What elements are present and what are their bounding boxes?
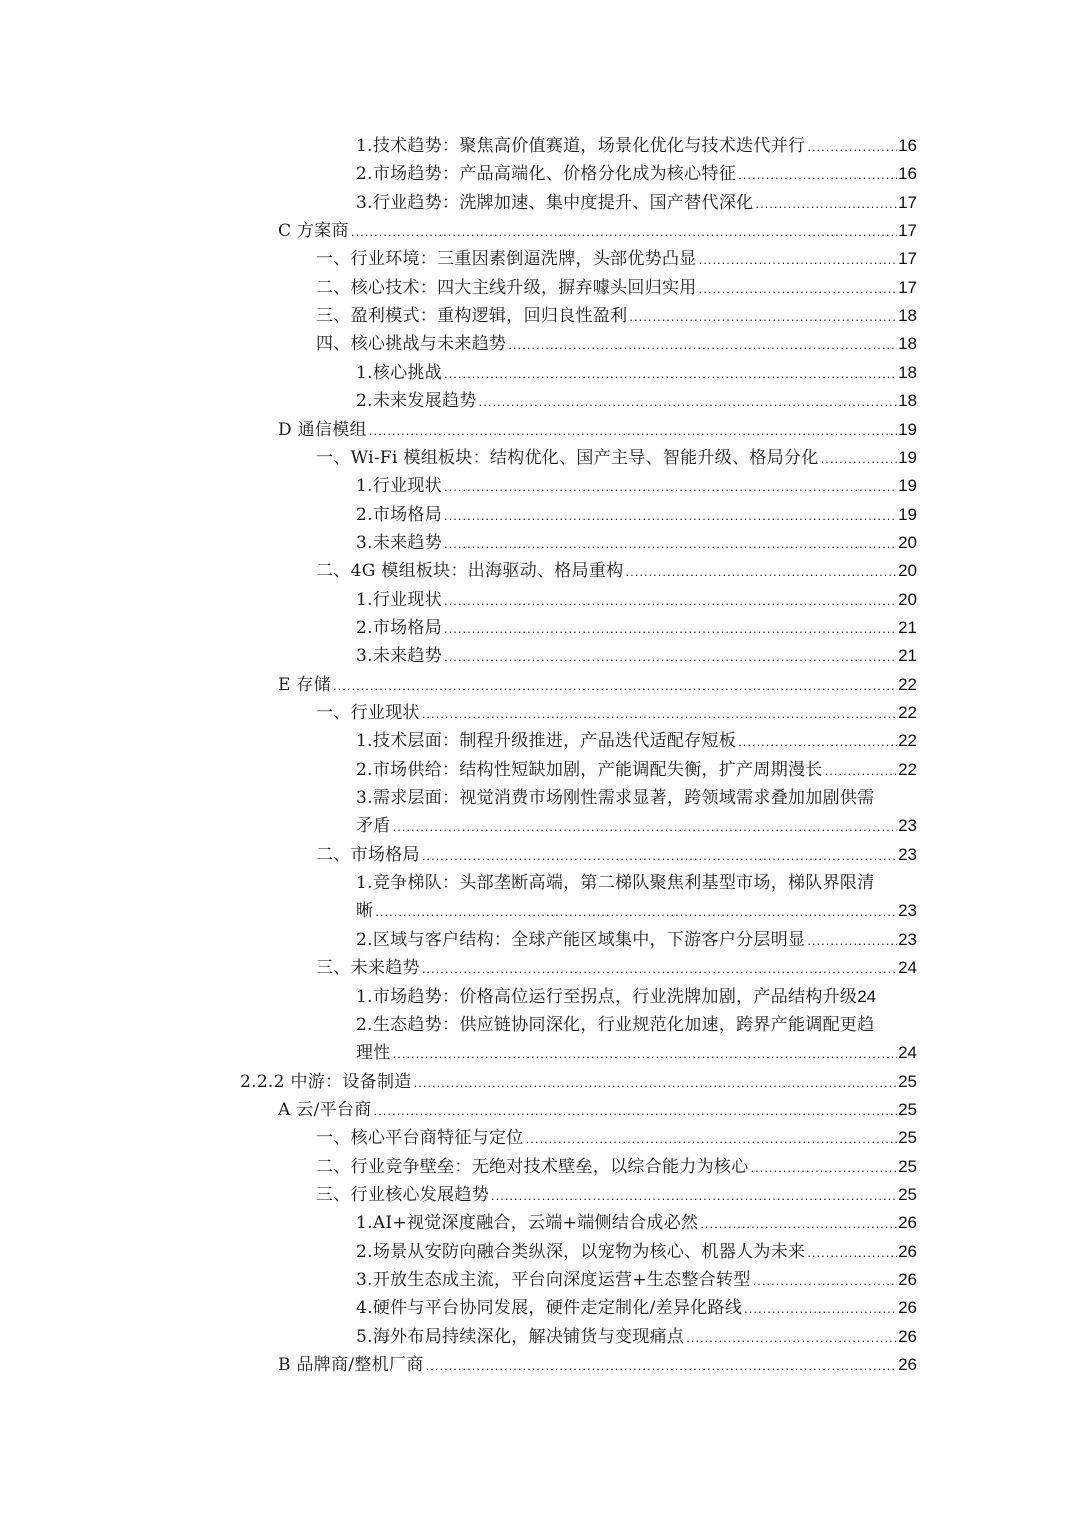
toc-page-number: 19 xyxy=(898,476,917,496)
dot-leader xyxy=(414,1075,898,1090)
dot-leader xyxy=(807,1245,897,1260)
toc-page-number: 18 xyxy=(898,306,917,326)
toc-entry-title: 一、行业环境：三重因素倒逼洗牌，头部优势凸显 xyxy=(316,244,697,269)
dot-leader xyxy=(699,281,897,296)
toc-entry-title: 1.核心挑战 xyxy=(356,358,442,383)
dot-leader xyxy=(479,394,897,409)
toc-entry[interactable]: 1.行业现状20 xyxy=(356,585,917,613)
toc-entry[interactable]: E 存储22 xyxy=(278,670,917,698)
toc-entry[interactable]: 2.未来发展趋势18 xyxy=(356,386,917,414)
toc-page-number: 26 xyxy=(898,1242,917,1262)
toc-page-number: 17 xyxy=(898,221,917,241)
toc-page-number: 18 xyxy=(898,363,917,383)
toc-page-number: 24 xyxy=(898,1043,917,1063)
toc-page-number: 20 xyxy=(898,561,917,581)
toc-entry[interactable]: 二、市场格局23 xyxy=(316,840,917,868)
toc-entry[interactable]: 晰23 xyxy=(356,896,917,924)
toc-entry-title: 二、行业竞争壁垒：无绝对技术壁垒，以综合能力为核心 xyxy=(316,1152,749,1177)
dot-leader xyxy=(444,479,897,494)
toc-page-number: 24 xyxy=(857,987,876,1007)
dot-leader xyxy=(738,734,897,749)
toc-entry-title: 2.2.2 中游：设备制造 xyxy=(240,1067,412,1092)
dot-leader xyxy=(699,252,897,267)
dot-leader xyxy=(821,451,897,466)
toc-entry[interactable]: 3.未来趋势21 xyxy=(356,641,917,669)
toc-page-number: 17 xyxy=(898,193,917,213)
dot-leader xyxy=(444,536,897,551)
toc-entry-title: 二、4G 模组板块：出海驱动、格局重构 xyxy=(316,556,624,581)
dot-leader xyxy=(751,1160,898,1175)
toc-entry[interactable]: A 云/平台商25 xyxy=(278,1095,917,1123)
toc-entry-title: D 通信模组 xyxy=(278,415,367,440)
toc-page-number: 25 xyxy=(898,1157,917,1177)
toc-entry[interactable]: 理性24 xyxy=(356,1038,917,1066)
toc-entry-title: 2.生态趋势：供应链协同深化，行业规范化加速，跨界产能调配更趋 xyxy=(356,1010,875,1035)
dot-leader xyxy=(526,1131,897,1146)
toc-entry[interactable]: 一、核心平台商特征与定位25 xyxy=(316,1123,917,1151)
toc-entry[interactable]: 3.需求层面：视觉消费市场刚性需求显著，跨领域需求叠加加剧供需 xyxy=(356,783,917,811)
dot-leader xyxy=(393,819,897,834)
toc-entry-title: 晰 xyxy=(356,896,373,921)
dot-leader xyxy=(491,1188,897,1203)
toc-entry-title: 5.海外布局持续深化，解决铺货与变现痛点 xyxy=(356,1322,684,1347)
toc-entry[interactable]: C 方案商17 xyxy=(278,216,917,244)
toc-entry-title: A 云/平台商 xyxy=(278,1095,372,1120)
dot-leader xyxy=(755,196,897,211)
dot-leader xyxy=(508,337,897,352)
toc-entry-title: E 存储 xyxy=(278,670,331,695)
toc-entry[interactable]: 3.未来趋势20 xyxy=(356,528,917,556)
toc-entry[interactable]: 四、核心挑战与未来趋势18 xyxy=(316,329,917,357)
toc-entry-title: 1.行业现状 xyxy=(356,471,442,496)
toc-entry[interactable]: 一、行业环境：三重因素倒逼洗牌，头部优势凸显17 xyxy=(316,244,917,272)
toc-page-number: 23 xyxy=(898,901,917,921)
toc-entry-title: 2.市场供给：结构性短缺加剧，产能调配失衡，扩产周期漫长 xyxy=(356,755,823,780)
toc-entry-title: 3.需求层面：视觉消费市场刚性需求显著，跨领域需求叠加加剧供需 xyxy=(356,783,875,808)
toc-page-number: 18 xyxy=(898,334,917,354)
toc-page-number: 16 xyxy=(898,164,917,184)
dot-leader xyxy=(807,933,897,948)
toc-entry[interactable]: 2.场景从安防向融合类纵深，以宠物为核心、机器人为未来26 xyxy=(356,1237,917,1265)
toc-entry-title: 2.市场格局 xyxy=(356,613,442,638)
toc-page-number: 26 xyxy=(898,1298,917,1318)
toc-entry[interactable]: 三、盈利模式：重构逻辑，回归良性盈利18 xyxy=(316,301,917,329)
toc-entry-title: 2.市场趋势：产品高端化、价格分化成为核心特征 xyxy=(356,159,736,184)
toc-entry-title: 1.技术趋势：聚焦高价值赛道，场景化优化与技术迭代并行 xyxy=(356,131,805,156)
dot-leader xyxy=(807,139,897,154)
toc-entry[interactable]: 4.硬件与平台协同发展，硬件走定制化/差异化路线26 xyxy=(356,1293,917,1321)
dot-leader xyxy=(444,366,897,381)
dot-leader xyxy=(422,961,897,976)
toc-entry-title: 三、未来趋势 xyxy=(316,953,420,978)
toc-entry[interactable]: 1.行业现状19 xyxy=(356,471,917,499)
toc-entry-title: 理性 xyxy=(356,1038,391,1063)
toc-page-number: 22 xyxy=(898,760,917,780)
toc-entry-title: 2.未来发展趋势 xyxy=(356,386,477,411)
toc-entry[interactable]: 1.技术层面：制程升级推进，产品迭代适配存短板22 xyxy=(356,726,917,754)
toc-entry-title: 矛盾 xyxy=(356,811,391,836)
toc-page-number: 19 xyxy=(898,448,917,468)
toc-entry-title: 1.技术层面：制程升级推进，产品迭代适配存短板 xyxy=(356,726,736,751)
toc-page-number: 26 xyxy=(898,1355,917,1375)
toc-entry[interactable]: 2.生态趋势：供应链协同深化，行业规范化加速，跨界产能调配更趋 xyxy=(356,1010,917,1038)
dot-leader xyxy=(626,564,898,579)
dot-leader xyxy=(629,309,897,324)
toc-page-number: 17 xyxy=(898,249,917,269)
toc-page-number: 26 xyxy=(898,1327,917,1347)
toc-entry-title: 2.场景从安防向融合类纵深，以宠物为核心、机器人为未来 xyxy=(356,1237,805,1262)
dot-leader xyxy=(393,1046,897,1061)
toc-entry-title: 三、行业核心发展趋势 xyxy=(316,1180,489,1205)
dot-leader xyxy=(744,1301,897,1316)
dot-leader xyxy=(686,1330,897,1345)
toc-page-number: 25 xyxy=(898,1185,917,1205)
document-page: 1.技术趋势：聚焦高价值赛道，场景化优化与技术迭代并行162.市场趋势：产品高端… xyxy=(0,0,1080,1527)
toc-entry-title: C 方案商 xyxy=(278,216,349,241)
toc-entry-title: 一、行业现状 xyxy=(316,698,420,723)
toc-page-number: 19 xyxy=(898,420,917,440)
toc-entry[interactable]: 1.核心挑战18 xyxy=(356,358,917,386)
dot-leader xyxy=(444,508,897,523)
dot-leader xyxy=(753,1273,897,1288)
toc-entry[interactable]: 三、未来趋势24 xyxy=(316,953,917,981)
toc-entry[interactable]: 矛盾23 xyxy=(356,811,917,839)
toc-page-number: 17 xyxy=(898,278,917,298)
toc-entry[interactable]: 二、4G 模组板块：出海驱动、格局重构20 xyxy=(316,556,917,584)
toc-entry[interactable]: D 通信模组19 xyxy=(278,415,917,443)
dot-leader xyxy=(444,649,897,664)
toc-entry-title: 一、Wi-Fi 模组板块：结构优化、国产主导、智能升级、格局分化 xyxy=(316,443,819,468)
toc-page-number: 25 xyxy=(898,1100,917,1120)
toc-entry[interactable]: 5.海外布局持续深化，解决铺货与变现痛点26 xyxy=(356,1322,917,1350)
toc-entry[interactable]: B 品牌商/整机厂商26 xyxy=(278,1350,917,1378)
dot-leader xyxy=(374,1103,898,1118)
dot-leader xyxy=(700,1216,897,1231)
toc-page-number: 25 xyxy=(898,1128,917,1148)
toc-entry-title: 4.硬件与平台协同发展，硬件走定制化/差异化路线 xyxy=(356,1293,742,1318)
dot-leader xyxy=(369,423,897,438)
dot-leader xyxy=(444,621,897,636)
toc-page-number: 16 xyxy=(898,136,917,156)
dot-leader xyxy=(738,167,897,182)
toc-page-number: 22 xyxy=(898,703,917,723)
toc-page-number: 23 xyxy=(898,845,917,865)
toc-entry[interactable]: 三、行业核心发展趋势25 xyxy=(316,1180,917,1208)
toc-page-number: 26 xyxy=(898,1270,917,1290)
dot-leader xyxy=(351,224,897,239)
toc-page-number: 18 xyxy=(898,391,917,411)
toc-entry[interactable]: 一、行业现状22 xyxy=(316,698,917,726)
toc-entry[interactable]: 2.市场格局19 xyxy=(356,500,917,528)
toc-page-number: 22 xyxy=(898,731,917,751)
toc-page-number: 19 xyxy=(898,505,917,525)
dot-leader xyxy=(422,848,897,863)
toc-entry-title: 三、盈利模式：重构逻辑，回归良性盈利 xyxy=(316,301,627,326)
toc-entry[interactable]: 3.行业趋势：洗牌加速、集中度提升、国产替代深化17 xyxy=(356,188,917,216)
toc-entry-title: 四、核心挑战与未来趋势 xyxy=(316,329,506,354)
toc-entry-title: 二、核心技术：四大主线升级，摒弃噱头回归实用 xyxy=(316,273,697,298)
toc-entry-title: 1.竞争梯队：头部垄断高端，第二梯队聚焦利基型市场，梯队界限清 xyxy=(356,868,875,893)
toc-entry-title: 1.市场趋势：价格高位运行至拐点，行业洗牌加剧，产品结构升级 xyxy=(356,982,857,1007)
dot-leader xyxy=(444,593,897,608)
toc-entry[interactable]: 二、核心技术：四大主线升级，摒弃噱头回归实用17 xyxy=(316,273,917,301)
toc-page-number: 23 xyxy=(898,930,917,950)
toc-page-number: 20 xyxy=(898,533,917,553)
toc-entry[interactable]: 2.市场趋势：产品高端化、价格分化成为核心特征16 xyxy=(356,159,917,187)
toc-entry-title: 一、核心平台商特征与定位 xyxy=(316,1123,524,1148)
toc-entry[interactable]: 2.2.2 中游：设备制造25 xyxy=(240,1067,917,1095)
dot-leader xyxy=(375,904,897,919)
toc-entry-title: 3.开放生态成主流，平台向深度运营+生态整合转型 xyxy=(356,1265,751,1290)
toc-entry[interactable]: 一、Wi-Fi 模组板块：结构优化、国产主导、智能升级、格局分化19 xyxy=(316,443,917,471)
toc-page-number: 21 xyxy=(898,618,917,638)
toc-entry[interactable]: 2.区域与客户结构：全球产能区域集中，下游客户分层明显23 xyxy=(356,925,917,953)
toc-entry-title: 2.市场格局 xyxy=(356,500,442,525)
toc-page-number: 26 xyxy=(898,1213,917,1233)
toc-entry[interactable]: 3.开放生态成主流，平台向深度运营+生态整合转型26 xyxy=(356,1265,917,1293)
toc-entry[interactable]: 1.技术趋势：聚焦高价值赛道，场景化优化与技术迭代并行16 xyxy=(356,131,917,159)
toc-entry-title: 3.行业趋势：洗牌加速、集中度提升、国产替代深化 xyxy=(356,188,753,213)
toc-entry-title: 3.未来趋势 xyxy=(356,528,442,553)
toc-entry[interactable]: 二、行业竞争壁垒：无绝对技术壁垒，以综合能力为核心25 xyxy=(316,1152,917,1180)
dot-leader xyxy=(333,678,897,693)
dot-leader xyxy=(825,763,897,778)
toc-entry[interactable]: 1.竞争梯队：头部垄断高端，第二梯队聚焦利基型市场，梯队界限清 xyxy=(356,868,917,896)
dot-leader xyxy=(422,706,897,721)
toc-entry-title: 二、市场格局 xyxy=(316,840,420,865)
toc-page-number: 21 xyxy=(898,646,917,666)
toc-entry-title: B 品牌商/整机厂商 xyxy=(278,1350,424,1375)
toc-page-number: 20 xyxy=(898,590,917,610)
dot-leader xyxy=(426,1358,897,1373)
toc-page-number: 22 xyxy=(898,675,917,695)
toc-entry[interactable]: 1.AI+视觉深度融合，云端+端侧结合成必然26 xyxy=(356,1208,917,1236)
toc-page-number: 25 xyxy=(898,1072,917,1092)
toc-entry[interactable]: 1.市场趋势：价格高位运行至拐点，行业洗牌加剧，产品结构升级24 xyxy=(356,982,917,1010)
toc-entry-title: 3.未来趋势 xyxy=(356,641,442,666)
toc-page-number: 24 xyxy=(898,958,917,978)
toc-entry-title: 2.区域与客户结构：全球产能区域集中，下游客户分层明显 xyxy=(356,925,805,950)
toc-entry-title: 1.行业现状 xyxy=(356,585,442,610)
toc-entry[interactable]: 2.市场供给：结构性短缺加剧，产能调配失衡，扩产周期漫长22 xyxy=(356,755,917,783)
toc-entry-title: 1.AI+视觉深度融合，云端+端侧结合成必然 xyxy=(356,1208,698,1233)
toc-page-number: 23 xyxy=(898,816,917,836)
toc-entry[interactable]: 2.市场格局21 xyxy=(356,613,917,641)
